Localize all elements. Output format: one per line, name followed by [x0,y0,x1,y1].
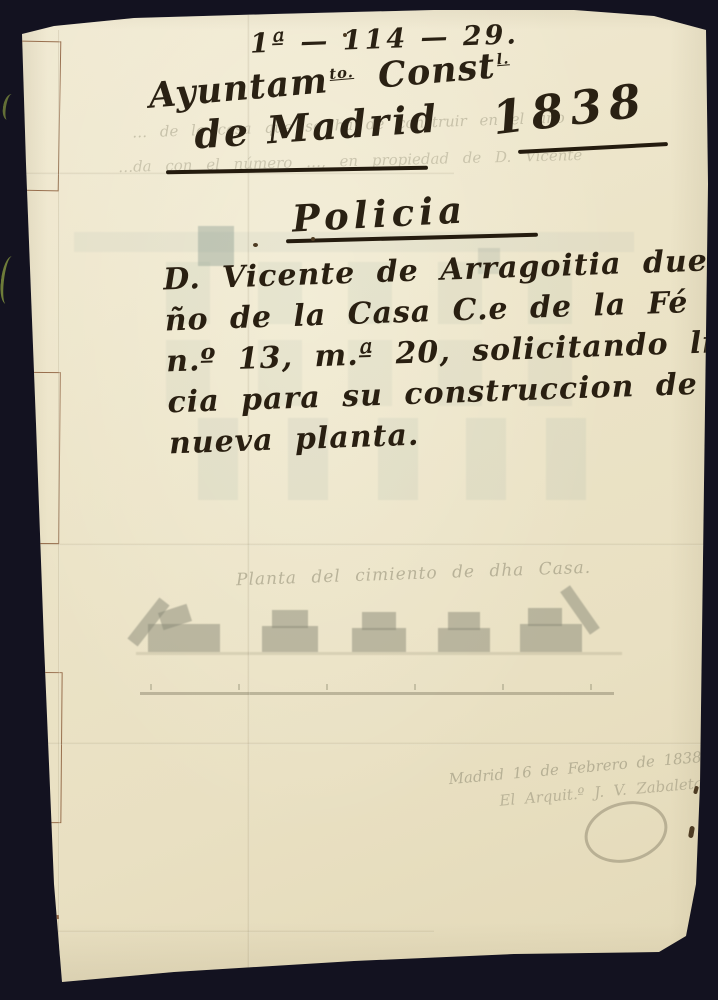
photograph-background: … de la casa que se ha de construir en e… [0,0,718,1000]
petition-text: D. Vicente de Arragoitia due- ño de la C… [163,241,710,465]
architect-rubric-oval [578,793,674,872]
scale-tick [326,684,328,690]
plan-wall-top [448,612,480,630]
sewing-thread-green [1,93,17,121]
plan-wall-top [362,612,396,630]
plan-wall [148,624,220,652]
manuscript-page: … de la casa que se ha de construir en e… [14,4,710,992]
plan-wall [352,628,406,652]
organization-word1-superscript: to. [329,64,355,83]
ink-speck [253,243,258,247]
scale-tick [414,684,416,690]
bleedthrough-layer: … de la casa que se ha de construir en e… [14,4,710,992]
organization-word2-superscript: l. [496,51,510,69]
scale-tick [590,684,592,690]
plan-baseline [136,652,622,655]
scale-tick [150,684,152,690]
section-title: Policia [291,187,468,240]
scale-bar [140,692,614,695]
binding-frame-mark [18,672,62,823]
bleedthrough-signature-block: Madrid 16 de Febrero de 1838. El Arquit.… [421,748,710,817]
ink-speck [343,33,347,37]
binding-frame-mark [18,372,60,544]
plan-wall [262,626,318,652]
binding-frame-mark [19,41,62,192]
plan-wall-top [528,608,562,626]
scale-tick [238,684,240,690]
plan-wall [520,624,582,652]
scale-tick [502,684,504,690]
plan-wall [438,628,490,652]
under-page-edge [58,30,60,980]
binding-stitch-mark [19,915,59,921]
ink-speck [311,237,315,241]
bleedthrough-plan-caption: Planta del cimiento de dha Casa. [236,558,592,590]
plan-wall-top [272,610,308,628]
sewing-thread-green [0,255,19,304]
